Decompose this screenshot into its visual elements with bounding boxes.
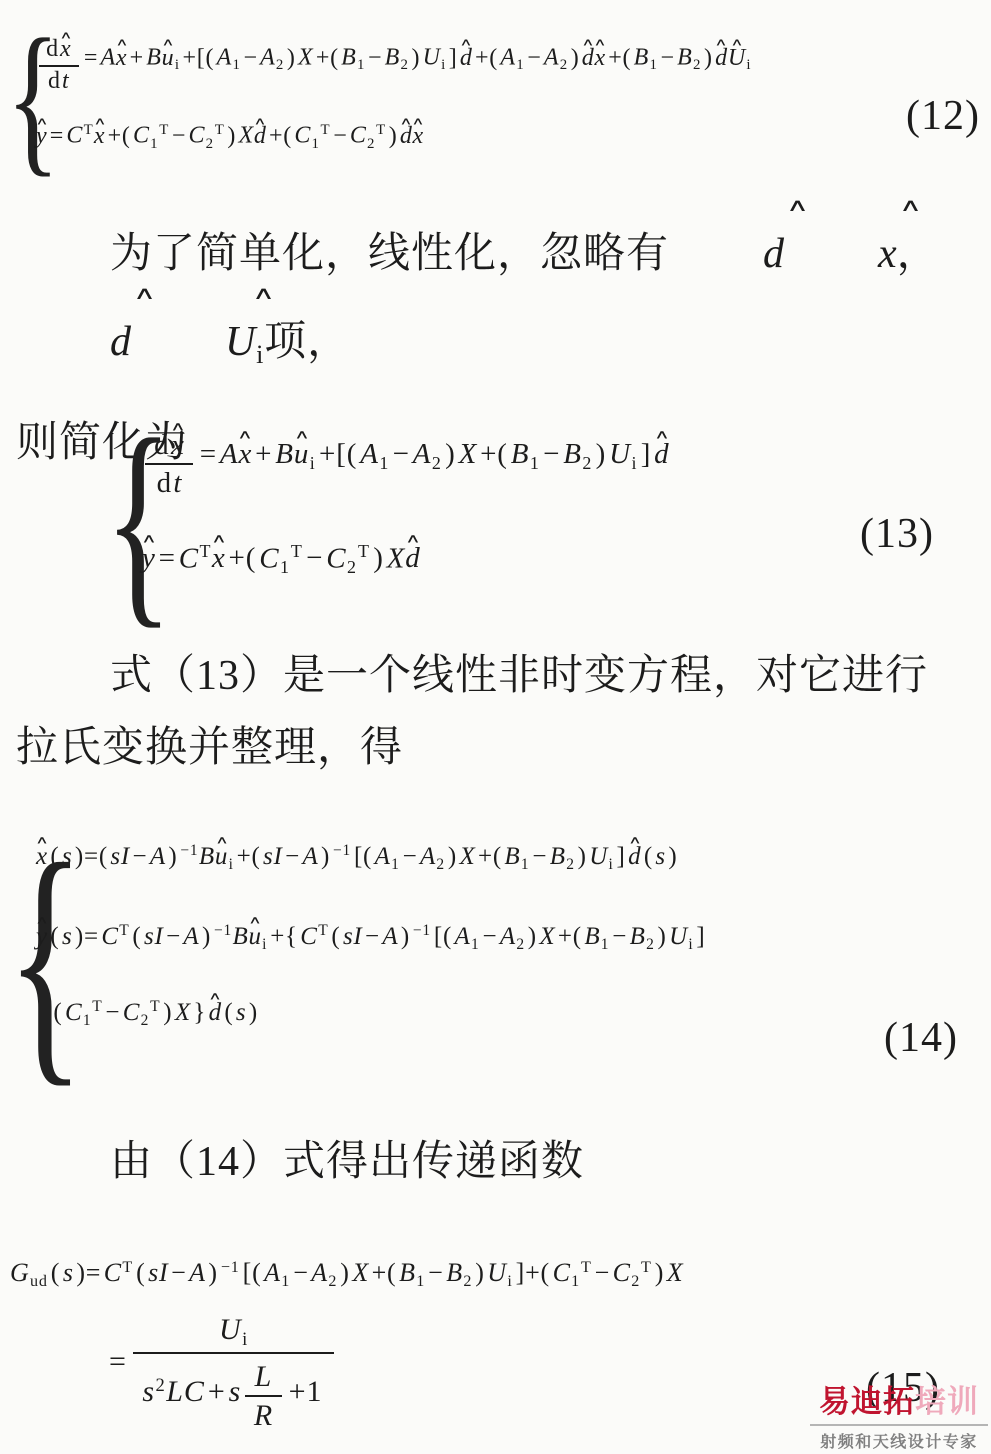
math-variable: s (263, 843, 273, 870)
math-hat-group: ∧u (248, 923, 261, 951)
math-operator: +( (226, 542, 260, 574)
math-variable: G (10, 1258, 30, 1287)
math-hat-group: ∧U (131, 298, 255, 386)
math-superscript: 2 (155, 1375, 166, 1396)
hat-icon: ∧ (730, 37, 743, 47)
math-variable: u (162, 45, 175, 71)
math-variable: d (460, 45, 473, 71)
hat-icon: ∧ (758, 197, 922, 215)
math-operator: − (366, 45, 385, 71)
math-variable: d (763, 231, 784, 277)
math-hat-group: ∧x (784, 210, 897, 298)
math-fraction: Uis2LC+sLR+1 (133, 1297, 334, 1432)
math-hat-base: x (595, 45, 606, 71)
math-subscript: 2 (463, 1273, 473, 1290)
math-variable: A (500, 923, 516, 950)
math-hat-base: d (654, 438, 669, 470)
math-hat-group: ∧u (162, 45, 175, 72)
math-operator: = (106, 1345, 130, 1378)
hat-icon: ∧ (654, 429, 670, 441)
equation-block-14: { ∧x(s)=(sI−A)−1B∧ui+(sI−A)−1[(A1−A2)X+(… (6, 822, 988, 1030)
math-hat-base: x (212, 542, 226, 574)
math-operator: [( (431, 923, 454, 950)
math-variable: C (553, 1258, 571, 1287)
equation-number-14: (14) (884, 1014, 958, 1062)
math-operator: +( (475, 843, 504, 870)
math-operator: +( (555, 923, 584, 950)
math-subscript: 2 (275, 57, 284, 73)
paragraph-2-line-1: 式（13）是一个线性非时变方程，对它进行 (16, 640, 982, 712)
fraction-numerator: Ui (133, 1297, 334, 1352)
equation-14-line-1: ∧x(s)=(sI−A)−1B∧ui+(sI−A)−1[(A1−A2)X+(B1… (36, 822, 988, 874)
math-operator: } (191, 999, 209, 1026)
paragraph-transfer-function: 由（14）式得出传递函数 (16, 1122, 982, 1202)
math-subscript: 2 (431, 453, 442, 473)
math-variable: A (413, 438, 432, 470)
math-hat-group: ∧d (254, 123, 267, 150)
math-variable: s (236, 999, 246, 1026)
math-variable: U (219, 1313, 242, 1346)
text-run: 项， (264, 319, 350, 365)
hat-icon: ∧ (405, 533, 421, 545)
math-hat-group: ∧y (142, 542, 156, 575)
math-operator: +( (369, 1258, 399, 1287)
math-hat-group: ∧x (171, 430, 185, 460)
math-variable: C (294, 123, 311, 149)
math-hat-group: ∧u (215, 843, 228, 871)
math-hat-base: y (36, 923, 48, 950)
math-variable: B (275, 438, 294, 470)
equation-block-12: { d∧xdt=A∧x+B∧ui+[(A1−A2)X+(B1−B2)Ui]∧d+… (6, 8, 988, 153)
math-variable: C (133, 123, 150, 149)
math-variable: y (142, 542, 156, 574)
math-operator: ) (473, 1258, 488, 1287)
math-operator: ) (246, 999, 260, 1026)
math-variable: X (459, 438, 478, 470)
hat-icon: ∧ (254, 115, 267, 125)
math-hat-group: ∧x (212, 542, 226, 575)
math-operator: ) (593, 438, 609, 470)
math-subscript: 1 (649, 57, 658, 73)
math-subscript: 1 (416, 1273, 426, 1290)
math-operator: ) (445, 843, 459, 870)
math-variable: U (609, 438, 631, 470)
math-variable: U (225, 319, 255, 365)
math-variable: A (420, 843, 436, 870)
math-operator: ]+( (513, 1258, 553, 1287)
math-operator: − (363, 923, 383, 950)
math-operator: ) (702, 45, 716, 71)
hat-icon: ∧ (594, 37, 607, 47)
math-subscript: ud (30, 1273, 49, 1290)
math-hat-base: u (248, 923, 261, 950)
math-operator: ( (641, 843, 655, 870)
math-variable: I (274, 843, 283, 870)
math-hat-group: ∧d (460, 45, 473, 72)
math-operator: − (530, 843, 550, 870)
math-variable: B (677, 45, 692, 71)
hat-icon: ∧ (248, 915, 262, 926)
math-hat-base: u (162, 45, 175, 71)
math-subscript: i (262, 936, 268, 953)
math-subscript: i (255, 340, 264, 369)
math-operator: ) (161, 999, 175, 1026)
math-variable: C (188, 123, 205, 149)
math-variable: u (294, 438, 309, 470)
paragraph-laplace-transform: 式（13）是一个线性非时变方程，对它进行 拉氏变换并整理，得 (16, 640, 982, 784)
paragraph-1-line-1: 为了简单化，线性化，忽略有∧d∧x，∧d∧Ui项， (16, 210, 982, 399)
math-hat-group: ∧x (94, 123, 105, 150)
math-operator: ( (48, 1258, 63, 1287)
math-hat-base: U (728, 45, 746, 71)
math-operator: ) (386, 123, 400, 149)
math-operator: − (283, 843, 303, 870)
math-variable: B (584, 923, 600, 950)
math-hat-group: ∧d (405, 542, 420, 575)
math-operator: − (168, 1258, 189, 1287)
math-variable: X (387, 542, 406, 574)
math-operator: ) (568, 45, 582, 71)
math-subscript: 1 (357, 57, 366, 73)
math-operator: ) (525, 923, 539, 950)
math-operator: − (525, 45, 544, 71)
math-superscript: T (580, 1259, 592, 1276)
math-variable: C (350, 123, 367, 149)
watermark-tagline: 射频和天线设计专家 (810, 1429, 988, 1452)
equation-15-line-1: Gud(s)=CT(sI−A)−1[(A1−A2)X+(B1−B2)Ui]+(C… (10, 1242, 984, 1291)
math-variable: A (183, 923, 199, 950)
equation-13-line-1: d∧xdt=A∧x+B∧ui+[(A1−A2)X+(B1−B2)Ui]∧d (142, 398, 964, 499)
math-superscript: T (320, 122, 331, 138)
math-operator: ) (442, 438, 458, 470)
math-variable: B (550, 843, 566, 870)
math-hat-base: U (225, 319, 255, 365)
hat-icon: ∧ (35, 115, 48, 125)
math-operator: +( (267, 123, 295, 149)
hat-icon: ∧ (237, 429, 253, 441)
math-variable: X (539, 923, 555, 950)
math-variable: B (511, 438, 530, 470)
math-subscript: 2 (328, 1273, 338, 1290)
math-hat-base: x (36, 843, 48, 870)
math-operator: ) (285, 45, 299, 71)
math-operator: − (658, 45, 677, 71)
math-operator: +( (477, 438, 511, 470)
math-variable: s (63, 1258, 74, 1287)
math-variable: C (104, 1258, 122, 1287)
hat-icon: ∧ (211, 533, 227, 545)
math-variable: B (563, 438, 582, 470)
math-subscript: i (242, 1329, 249, 1350)
math-operator: ( (329, 923, 343, 950)
math-superscript: T (150, 998, 161, 1015)
math-variable: A (189, 1258, 206, 1287)
paragraph-2-line-2: 拉氏变换并整理，得 (16, 712, 982, 784)
math-variable: d (582, 45, 595, 71)
math-variable: C (184, 1375, 205, 1408)
text-run: 为了简单化，线性化，忽略有 (110, 231, 669, 277)
math-hat-group: ∧x (595, 45, 606, 72)
hat-icon: ∧ (170, 421, 186, 433)
math-operator: ) (319, 843, 333, 870)
math-superscript: −1 (220, 1259, 240, 1276)
math-variable: U (589, 843, 608, 870)
math-variable: B (446, 1258, 463, 1287)
watermark-brand-main: 易迪拓 (819, 1384, 915, 1420)
math-variable: s (110, 843, 120, 870)
math-hat-group: ∧u (294, 438, 309, 471)
paragraph-3-line-1: 由（14）式得出传递函数 (16, 1122, 982, 1202)
math-operator: ) (166, 843, 180, 870)
hat-icon: ∧ (215, 835, 229, 846)
math-operator: ] (446, 45, 460, 71)
math-superscript: T (357, 541, 370, 561)
math-variable: A (150, 843, 166, 870)
math-hat-group: ∧d (400, 123, 413, 150)
fraction-numerator: L (245, 1357, 282, 1395)
math-variable: u (248, 923, 261, 950)
math-subscript: 1 (311, 136, 320, 152)
math-operator: − (480, 923, 500, 950)
math-operator: +( (313, 45, 341, 71)
math-variable: X (459, 843, 475, 870)
math-variable: C (259, 542, 279, 574)
math-variable: s (142, 1375, 155, 1408)
math-variable: X (175, 999, 191, 1026)
math-operator: + (127, 45, 146, 71)
math-variable: d (110, 319, 131, 365)
math-variable: s (229, 1375, 242, 1408)
math-subscript: i (746, 57, 752, 73)
math-operator: − (291, 1258, 312, 1287)
math-subscript: 2 (631, 1273, 641, 1290)
math-variable: U (669, 923, 688, 950)
math-variable: A (455, 923, 471, 950)
math-operator: +( (606, 45, 634, 71)
math-hat-group: ∧x (60, 37, 71, 62)
text-run: 由（14）式得出传递函数 (110, 1139, 584, 1185)
math-subscript: 2 (347, 557, 358, 577)
math-superscript: T (641, 1259, 653, 1276)
math-subscript: 1 (529, 453, 540, 473)
math-operator: +{ (268, 923, 301, 950)
watermark-brand: 易迪拓培训 (810, 1385, 988, 1426)
math-operator: − (426, 1258, 447, 1287)
equation-14-content: ∧x(s)=(sI−A)−1B∧ui+(sI−A)−1[(A1−A2)X+(B1… (36, 822, 988, 1030)
hat-icon: ∧ (294, 429, 310, 441)
math-operator: − (169, 123, 188, 149)
math-subscript: i (631, 453, 638, 473)
math-variable: t (173, 467, 182, 499)
hat-icon: ∧ (35, 835, 49, 846)
math-variable: B (199, 843, 215, 870)
equation-14-line-3: +(C1T−C2T)X}∧d(s) (36, 980, 988, 1030)
math-subscript: 2 (566, 856, 575, 873)
math-subscript: 1 (571, 1273, 581, 1290)
math-hat-base: u (215, 843, 228, 870)
math-hat-group: ∧U (728, 45, 746, 72)
math-operator: )= (74, 1258, 104, 1287)
math-variable: I (154, 923, 163, 950)
math-variable: U (728, 45, 746, 71)
math-variable: A (360, 438, 379, 470)
math-subscript: 2 (582, 453, 593, 473)
hat-icon: ∧ (715, 37, 728, 47)
math-variable: d (654, 438, 669, 470)
equation-block-13: { d∧xdt=A∧x+B∧ui+[(A1−A2)X+(B1−B2)Ui]∧d … (104, 398, 964, 578)
math-operator: ) (655, 923, 669, 950)
math-operator: +( (473, 45, 501, 71)
math-variable: y (36, 923, 48, 950)
math-hat-base: u (294, 438, 309, 470)
math-hat-group: ∧d (582, 45, 595, 72)
math-subscript: 2 (646, 936, 655, 953)
math-variable: B (146, 45, 161, 71)
math-operator: − (540, 438, 563, 470)
math-variable: I (121, 843, 130, 870)
math-superscript: T (290, 541, 303, 561)
math-variable: A (264, 1258, 281, 1287)
math-operator: ( (130, 923, 144, 950)
math-operator: − (592, 1258, 613, 1287)
math-subscript: 2 (367, 136, 376, 152)
math-hat-base: d (405, 542, 420, 574)
math-superscript: T (122, 1259, 134, 1276)
math-operator: − (103, 999, 123, 1026)
math-hat-base: d (460, 45, 473, 71)
math-hat-base: d (715, 45, 728, 71)
math-variable: s (655, 843, 665, 870)
math-variable: d (209, 999, 222, 1026)
math-subscript: 2 (559, 57, 568, 73)
math-variable: x (238, 438, 252, 470)
math-superscript: T (119, 922, 130, 939)
math-superscript: −1 (180, 842, 199, 859)
math-variable: A (544, 45, 559, 71)
hat-icon: ∧ (59, 30, 72, 40)
equation-13-line-2: ∧y=CT∧x+(C1T−C2T)X∧d (142, 523, 964, 578)
math-operator: − (400, 843, 420, 870)
math-operator: − (130, 843, 150, 870)
left-curly-brace: { (6, 14, 60, 182)
math-subscript: 1 (471, 936, 480, 953)
math-hat-base: d (110, 319, 131, 365)
math-variable: A (382, 923, 398, 950)
math-superscript: T (199, 541, 212, 561)
math-subscript: 1 (520, 856, 529, 873)
math-variable: d (628, 843, 641, 870)
math-fraction: LR (245, 1357, 282, 1432)
equation-number-13: (13) (860, 510, 934, 558)
math-variable: B (630, 923, 646, 950)
hat-icon: ∧ (141, 533, 157, 545)
math-subscript: 2 (205, 136, 214, 152)
math-variable: d (405, 542, 420, 574)
math-subscript: 1 (281, 1273, 291, 1290)
math-hat-base: x (878, 231, 897, 277)
math-variable: C (123, 999, 140, 1026)
math-variable: C (613, 1258, 631, 1287)
math-variable: x (36, 843, 48, 870)
math-subscript: 1 (600, 936, 609, 953)
math-subscript: 1 (391, 856, 400, 873)
hat-icon: ∧ (93, 115, 106, 125)
math-operator: − (164, 923, 184, 950)
math-hat-base: x (238, 438, 252, 470)
math-subscript: 1 (150, 136, 159, 152)
math-variable: U (487, 1258, 507, 1287)
equation-number-12: (12) (906, 92, 980, 140)
math-subscript: 2 (400, 57, 409, 73)
math-hat-base: d (628, 843, 641, 870)
equation-13-content: d∧xdt=A∧x+B∧ui+[(A1−A2)X+(B1−B2)Ui]∧d ∧y… (142, 398, 964, 578)
math-subscript: 1 (232, 57, 241, 73)
math-operator: ] (614, 843, 628, 870)
math-hat-group: ∧x (116, 45, 127, 72)
math-subscript: 2 (140, 1012, 149, 1029)
math-variable: A (100, 45, 115, 71)
math-variable: C (179, 542, 199, 574)
math-subscript: 2 (436, 856, 445, 873)
math-subscript: 1 (279, 557, 290, 577)
math-operator: ) (409, 45, 423, 71)
math-operator: ) (575, 843, 589, 870)
math-superscript: −1 (412, 922, 431, 939)
math-operator: +[( (180, 45, 216, 71)
left-curly-brace: { (104, 406, 173, 636)
math-variable: A (311, 1258, 328, 1287)
math-operator: +1 (286, 1375, 326, 1408)
math-variable: s (144, 923, 154, 950)
math-operator: ) (199, 923, 213, 950)
hat-icon: ∧ (412, 115, 425, 125)
hat-icon: ∧ (115, 37, 128, 47)
equation-12-line-2: ∧y=CT∧x+(C1T−C2T)X∧d+(C1T−C2T)∧d∧x (36, 104, 988, 152)
text-run: ， (897, 231, 940, 277)
hat-icon: ∧ (460, 37, 473, 47)
hat-icon: ∧ (628, 835, 642, 846)
math-variable: B (341, 45, 356, 71)
math-operator: − (610, 923, 630, 950)
text-run: 式（13）是一个线性非时变方程，对它进行 (110, 653, 928, 699)
math-operator: ) (370, 542, 386, 574)
math-variable: x (212, 542, 226, 574)
math-operator: ) (652, 1258, 667, 1287)
equation-12-content: d∧xdt=A∧x+B∧ui+[(A1−A2)X+(B1−B2)Ui]∧d+(A… (36, 8, 988, 153)
math-hat-group: ∧d (669, 210, 784, 298)
math-variable: C (66, 123, 83, 149)
math-superscript: T (376, 122, 387, 138)
math-hat-group: ∧d (16, 298, 131, 386)
math-hat-group: ∧d (654, 438, 669, 471)
math-variable: x (116, 45, 127, 71)
math-subscript: 1 (516, 57, 525, 73)
math-operator: ] (694, 923, 708, 950)
math-variable: u (215, 843, 228, 870)
math-variable: L (255, 1360, 273, 1393)
math-superscript: T (92, 998, 103, 1015)
hat-icon: ∧ (35, 915, 49, 926)
math-hat-group: ∧x (413, 123, 424, 150)
math-hat-base: d (582, 45, 595, 71)
math-operator: ) (206, 1258, 221, 1287)
math-operator: [( (351, 843, 374, 870)
math-variable: X (352, 1258, 369, 1287)
math-variable: U (423, 45, 441, 71)
math-variable: s (148, 1258, 159, 1287)
math-subscript: 2 (693, 57, 702, 73)
math-variable: d (715, 45, 728, 71)
